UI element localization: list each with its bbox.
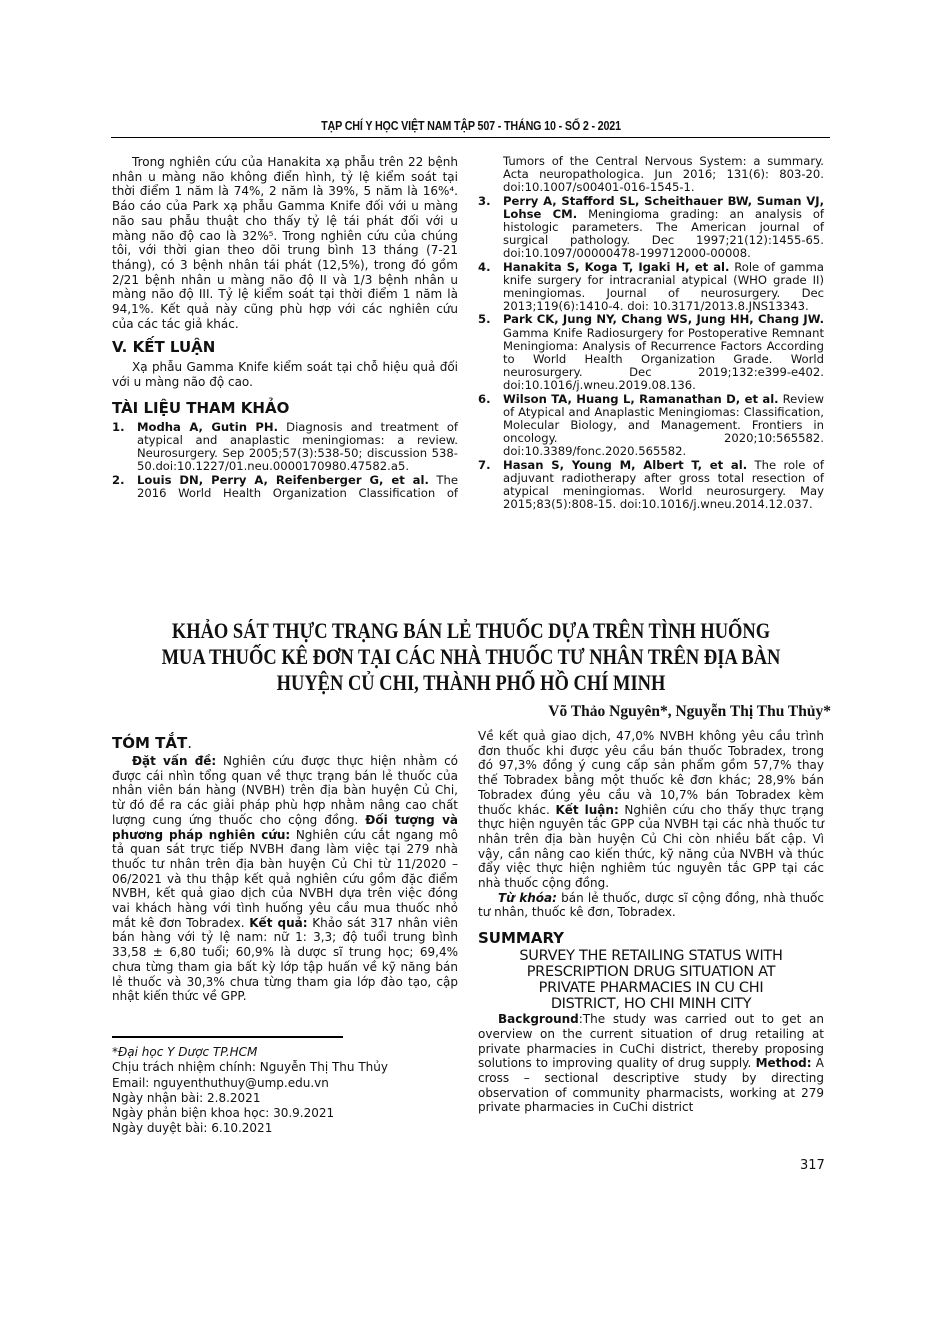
reference-authors: Park CK, Jung NY, Chang WS, Jung HH, Cha… — [503, 312, 824, 326]
reference-item: 6.Wilson TA, Huang L, Ramanathan D, et a… — [478, 393, 824, 459]
reference-text: Gamma Knife Radiosurgery for Postoperati… — [503, 326, 824, 393]
reference-number: 1. — [112, 421, 124, 434]
summary-title-line: DISTRICT, HO CHI MINH CITY — [478, 996, 824, 1012]
references-heading: TÀI LIỆU THAM KHẢO — [112, 400, 458, 417]
summary-title-line: PRESCRIPTION DRUG SITUATION AT — [478, 964, 824, 980]
results-label: Kết quả: — [249, 916, 307, 930]
reference-item: 4.Hanakita S, Koga T, Igaki H, et al. Ro… — [478, 261, 824, 314]
reference-item: 7.Hasan S, Young M, Albert T, et al. The… — [478, 459, 824, 512]
conclusion-heading: V. KẾT LUẬN — [112, 339, 458, 356]
title-line: MUA THUỐC KÊ ĐƠN TẠI CÁC NHÀ THUỐC TƯ NH… — [159, 644, 782, 670]
article-authors: Võ Thảo Nguyên*, Nguyễn Thị Thu Thủy* — [460, 703, 831, 721]
page-number: 317 — [800, 1158, 825, 1173]
footnotes: *Đại học Y Dược TP.HCM Chịu trách nhiệm … — [112, 1045, 462, 1137]
review-date: Ngày phản biện khoa học: 30.9.2021 — [112, 1106, 462, 1121]
discussion-paragraph: Trong nghiên cứu của Hanakita xạ phẫu tr… — [112, 155, 458, 331]
title-line: KHẢO SÁT THỰC TRẠNG BÁN LẺ THUỐC DỰA TRÊ… — [159, 618, 782, 644]
abstract-column: TÓM TẮT. Đặt vấn đề: Nghiên cứu được thự… — [112, 735, 458, 1004]
reference-authors: Modha A, Gutin PH. — [137, 420, 278, 434]
reference-item: 2.Louis DN, Perry A, Reifenberger G, et … — [112, 474, 458, 501]
reference-text: Tumors of the Central Nervous System: a … — [503, 154, 824, 194]
keywords-label: Từ khóa: — [498, 891, 557, 905]
prev-article-right-column: Tumors of the Central Nervous System: a … — [478, 155, 824, 511]
accepted-date: Ngày duyệt bài: 6.10.2021 — [112, 1121, 462, 1136]
summary-title-line: SURVEY THE RETAILING STATUS WITH — [478, 948, 824, 964]
article-title: KHẢO SÁT THỰC TRẠNG BÁN LẺ THUỐC DỰA TRÊ… — [159, 618, 782, 696]
reference-authors: Hasan S, Young M, Albert T, et al. — [503, 458, 747, 472]
summary-title-line: PRIVATE PHARMACIES IN CU CHI — [478, 980, 824, 996]
reference-number: 4. — [478, 261, 490, 274]
abstract-continued-column: Về kết quả giao dịch, 47,0% NVBH không y… — [478, 729, 824, 1115]
summary-background-label: Background — [498, 1012, 579, 1026]
keywords: Từ khóa: bán lẻ thuốc, dược sĩ cộng đồng… — [478, 891, 824, 920]
reference-item: 3.Perry A, Stafford SL, Scheithauer BW, … — [478, 195, 824, 261]
footnote-rule — [112, 1036, 343, 1038]
summary-title: SURVEY THE RETAILING STATUS WITH PRESCRI… — [478, 948, 824, 1012]
reference-authors: Louis DN, Perry A, Reifenberger G, et al… — [137, 474, 429, 487]
reference-number: 3. — [478, 195, 490, 208]
reference-number: 7. — [478, 459, 490, 472]
abstract-heading: TÓM TẮT. — [112, 735, 458, 752]
received-date: Ngày nhận bài: 2.8.2021 — [112, 1091, 462, 1106]
title-line: HUYỆN CỦ CHI, THÀNH PHỐ HỒ CHÍ MINH — [159, 670, 782, 696]
background-label: Đặt vấn đề: — [132, 754, 216, 768]
email: Email: nguyenthuthuy@ump.edu.vn — [112, 1076, 462, 1091]
reference-number: 2. — [112, 474, 124, 487]
affiliation: *Đại học Y Dược TP.HCM — [112, 1045, 462, 1060]
header-rule — [111, 137, 830, 138]
reference-number: 6. — [478, 393, 490, 406]
summary-method-label: Method: — [756, 1056, 812, 1070]
abstract-continued: Về kết quả giao dịch, 47,0% NVBH không y… — [478, 729, 824, 891]
conclusion-text: Xạ phẫu Gamma Knife kiểm soát tại chỗ hi… — [112, 360, 458, 389]
running-head: TẠP CHÍ Y HỌC VIỆT NAM TẬP 507 - THÁNG 1… — [161, 119, 780, 133]
conclusion-label: Kết luận: — [555, 803, 618, 817]
summary-body: Background:The study was carried out to … — [478, 1012, 824, 1115]
summary-heading: SUMMARY — [478, 930, 824, 947]
abstract-body: Đặt vấn đề: Nghiên cứu được thực hiện nh… — [112, 754, 458, 1004]
corresponding-author: Chịu trách nhiệm chính: Nguyễn Thị Thu T… — [112, 1060, 462, 1075]
prev-article-left-column: Trong nghiên cứu của Hanakita xạ phẫu tr… — [112, 155, 458, 501]
reference-item: 1.Modha A, Gutin PH. Diagnosis and treat… — [112, 421, 458, 474]
reference-item: 5.Park CK, Jung NY, Chang WS, Jung HH, C… — [478, 313, 824, 392]
reference-item-continued: Tumors of the Central Nervous System: a … — [478, 155, 824, 195]
reference-authors: Wilson TA, Huang L, Ramanathan D, et al. — [503, 392, 779, 406]
reference-number: 5. — [478, 313, 490, 326]
reference-authors: Hanakita S, Koga T, Igaki H, et al. — [503, 260, 729, 274]
